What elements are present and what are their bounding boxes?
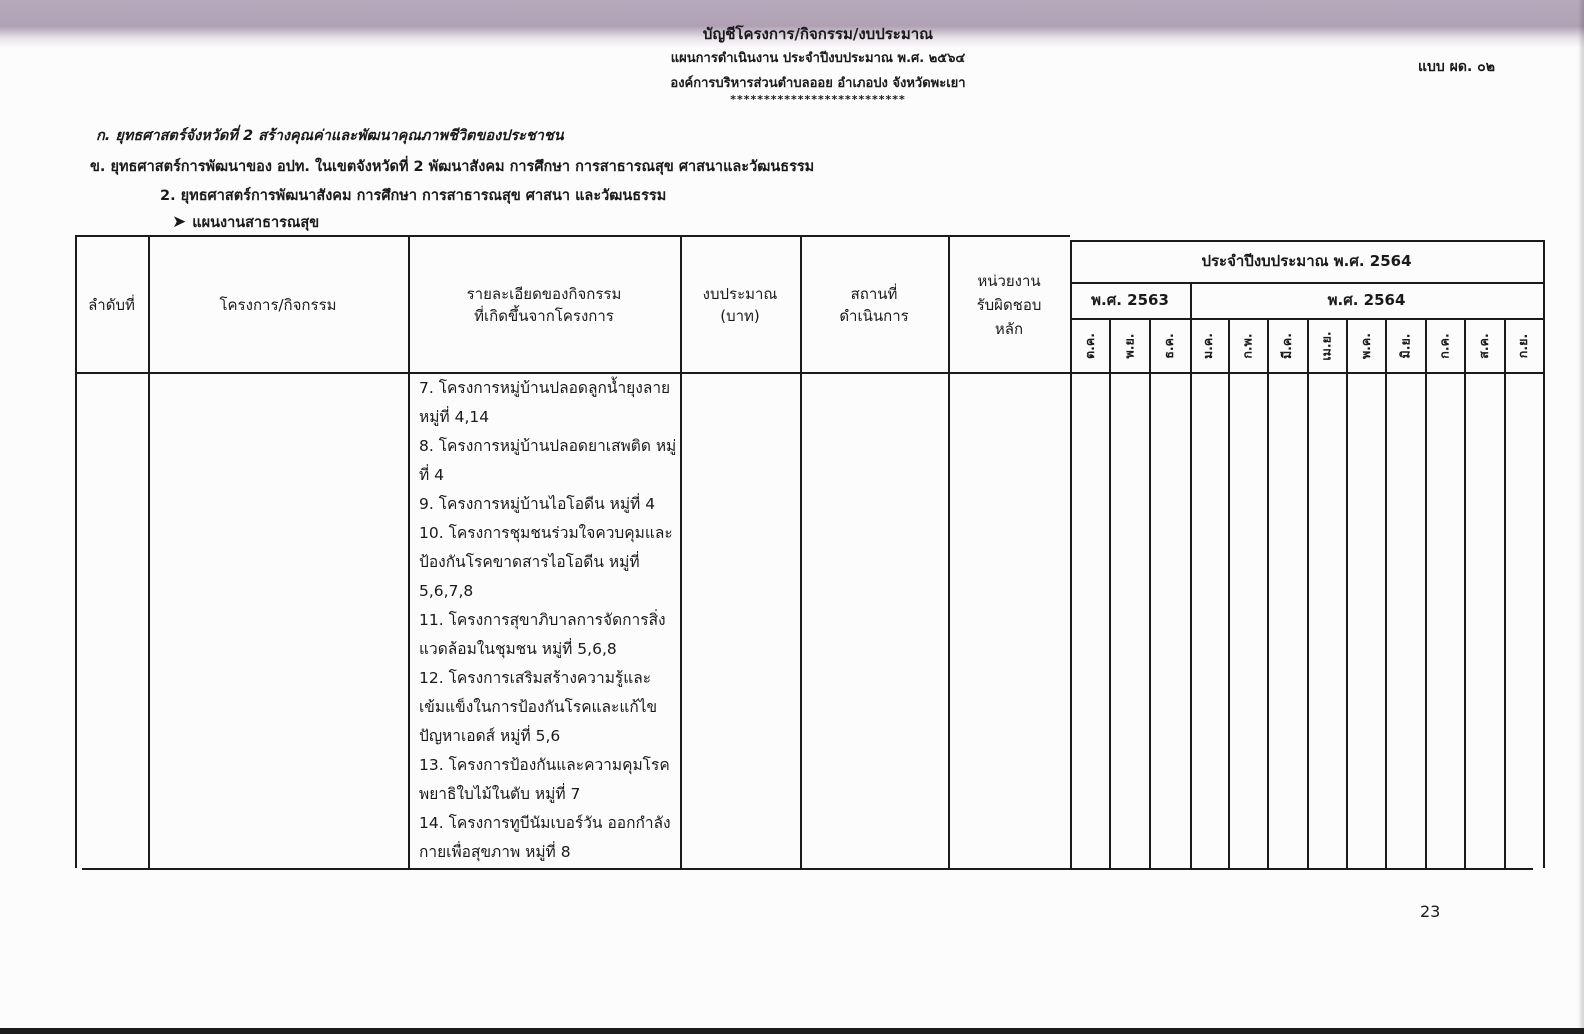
month-label: เม.ย. xyxy=(1316,331,1336,360)
col-header-location-line2: ดำเนินการ xyxy=(839,305,908,327)
col-header-unit-line1: หน่วยงาน xyxy=(977,269,1040,293)
grid-line xyxy=(1149,318,1151,868)
month-label: ก.ค. xyxy=(1434,333,1454,358)
col-header-details-line1: รายละเอียดของกิจกรรม xyxy=(467,283,622,305)
arrow-bullet-icon: ➤ xyxy=(172,212,186,232)
form-code: แบบ ผด. ๐๒ xyxy=(1418,56,1495,78)
col-header-location: สถานที่ ดำเนินการ xyxy=(800,237,948,372)
col-header-details-line2: ที่เกิดขึ้นจากโครงการ xyxy=(474,305,614,327)
month-header: พ.ค. xyxy=(1347,320,1385,372)
grid-line xyxy=(75,235,1070,237)
grid-line xyxy=(1307,318,1309,868)
plan-heading: ➤แผนงานสาธารณสุข xyxy=(172,211,319,234)
document-subtitle: แผนการดำเนินงาน ประจำปีงบประมาณ พ.ศ. ๒๕๖… xyxy=(0,47,1584,68)
activity-details-cell: 7. โครงการหมู่บ้านปลอดลูกน้ำยุงลาย หมู่ท… xyxy=(419,374,677,867)
col-header-budget-line1: งบประมาณ xyxy=(703,283,778,305)
col-header-location-line1: สถานที่ xyxy=(851,283,898,305)
col-header-unit-line2: รับผิดชอบ xyxy=(977,293,1042,317)
scan-bottom-edge xyxy=(0,1028,1584,1034)
col-header-year-2563: พ.ศ. 2563 xyxy=(1070,282,1190,318)
activity-item: 10. โครงการชุมชนร่วมใจควบคุมและป้องกันโร… xyxy=(419,519,677,606)
col-header-fiscal-year: ประจำปีงบประมาณ พ.ศ. 2564 xyxy=(1070,240,1543,282)
activity-item: 13. โครงการป้องกันและความคุมโรคพยาธิใบไม… xyxy=(419,751,677,809)
col-header-budget: งบประมาณ (บาท) xyxy=(680,237,800,372)
month-label: พ.ค. xyxy=(1356,333,1376,359)
col-header-project: โครงการ/กิจกรรม xyxy=(148,237,408,372)
month-header: ก.ย. xyxy=(1504,320,1542,372)
grid-line xyxy=(1190,282,1192,868)
month-header: พ.ย. xyxy=(1110,320,1148,372)
month-label: มิ.ย. xyxy=(1395,333,1415,358)
col-header-budget-line2: (บาท) xyxy=(720,305,760,327)
plan-label: แผนงานสาธารณสุข xyxy=(192,215,319,231)
grid-line xyxy=(1543,240,1545,868)
grid-line xyxy=(1504,318,1506,868)
activity-item: 14. โครงการทูบีนัมเบอร์วัน ออกกำลังกายเพ… xyxy=(419,809,677,867)
month-label: ธ.ค. xyxy=(1159,333,1179,359)
grid-line xyxy=(1464,318,1466,868)
col-header-details: รายละเอียดของกิจกรรม ที่เกิดขึ้นจากโครงก… xyxy=(408,237,680,372)
month-label: ส.ค. xyxy=(1474,333,1494,359)
grid-line xyxy=(1070,240,1072,868)
month-header: เม.ย. xyxy=(1307,320,1345,372)
col-header-unit-line3: หลัก xyxy=(995,317,1023,341)
col-header-unit: หน่วยงาน รับผิดชอบ หลัก xyxy=(948,237,1070,372)
month-header: ธ.ค. xyxy=(1150,320,1188,372)
grid-line xyxy=(1109,318,1111,868)
grid-line xyxy=(800,235,802,868)
grid-line xyxy=(75,372,1545,374)
grid-line xyxy=(82,868,1533,870)
grid-line xyxy=(680,235,682,868)
month-label: ต.ค. xyxy=(1080,333,1100,359)
month-label: ม.ค. xyxy=(1198,333,1218,359)
title-separator: ************************** xyxy=(0,93,1584,106)
month-label: ก.พ. xyxy=(1237,333,1257,358)
scan-right-edge xyxy=(1578,0,1584,1034)
month-header: มี.ค. xyxy=(1268,320,1306,372)
col-header-no: ลำดับที่ xyxy=(75,237,148,372)
month-header: ก.ค. xyxy=(1425,320,1463,372)
grid-line xyxy=(75,235,77,868)
grid-line xyxy=(408,235,410,868)
activity-item: 7. โครงการหมู่บ้านปลอดลูกน้ำยุงลาย หมู่ท… xyxy=(419,374,677,432)
month-header: มิ.ย. xyxy=(1386,320,1424,372)
grid-line xyxy=(1070,282,1545,284)
activity-item: 11. โครงการสุขาภิบาลการจัดการสิ่งแวดล้อม… xyxy=(419,606,677,664)
month-header: ก.พ. xyxy=(1228,320,1266,372)
activity-item: 9. โครงการหมู่บ้านไอโอดีน หมู่ที่ 4 xyxy=(419,490,677,519)
grid-line xyxy=(948,235,950,868)
local-strategy: ข. ยุทธศาสตร์การพัฒนาของ อปท. ในเขตจังหว… xyxy=(90,155,814,178)
month-header: ต.ค. xyxy=(1071,320,1109,372)
col-header-year-2564: พ.ศ. 2564 xyxy=(1190,282,1543,318)
grid-line xyxy=(1070,240,1545,242)
page-number: 23 xyxy=(1420,902,1440,921)
activity-item: 12. โครงการเสริมสร้างความรู้และเข้มแข็งใ… xyxy=(419,664,677,751)
document-title: บัญชีโครงการ/กิจกรรม/งบประมาณ xyxy=(0,22,1584,46)
month-header: ม.ค. xyxy=(1189,320,1227,372)
grid-line xyxy=(1267,318,1269,868)
grid-line xyxy=(1228,318,1230,868)
grid-line xyxy=(148,235,150,868)
province-strategy: ก. ยุทธศาสตร์จังหวัดที่ 2 สร้างคุณค่าและ… xyxy=(96,124,564,147)
sub-strategy: 2. ยุทธศาสตร์การพัฒนาสังคม การศึกษา การส… xyxy=(160,184,666,207)
month-label: มี.ค. xyxy=(1277,333,1297,359)
month-header: ส.ค. xyxy=(1465,320,1503,372)
month-label: พ.ย. xyxy=(1119,333,1139,358)
organization-name: องค์การบริหารส่วนตำบลออย อำเภอปง จังหวัด… xyxy=(0,72,1584,93)
grid-line xyxy=(1425,318,1427,868)
month-label: ก.ย. xyxy=(1513,334,1533,358)
activity-item: 8. โครงการหมู่บ้านปลอดยาเสพติด หมู่ที่ 4 xyxy=(419,432,677,490)
grid-line xyxy=(1346,318,1348,868)
grid-line xyxy=(1385,318,1387,868)
